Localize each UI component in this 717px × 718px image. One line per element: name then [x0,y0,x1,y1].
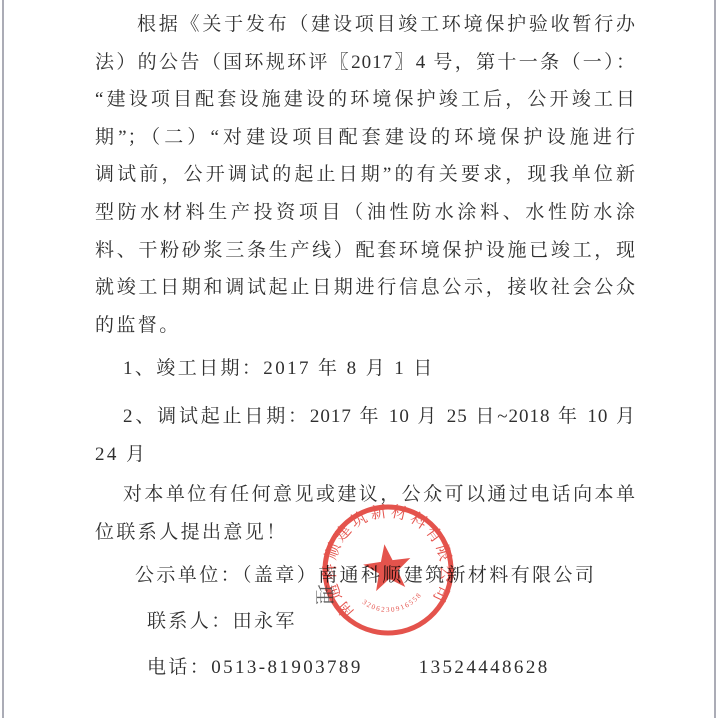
item-completion-date: 1、竣工日期：2017 年 8 月 1 日 [95,350,636,388]
page-left-edge [2,0,4,718]
document-page: 根据《关于发布（建设项目竣工环境保护验收暂行办 法）的公告（国环规环评〖2017… [0,0,717,718]
page-right-edge [714,0,716,718]
seal-serial-arc-text: 3206230916558 [360,590,426,618]
text-line: 根据《关于发布（建设项目竣工环境保护验收暂行办 [95,6,636,44]
company-seal-stamp: 南通科顺建筑新材料有限公司 3206230916558 [295,477,480,662]
text-line: 的监督。 [95,307,636,345]
text-line: 2、调试起止日期：2017 年 10 月 25 日~2018 年 10 月 [95,398,636,436]
text-line: “建设项目配套设施建设的环境保护竣工后，公开竣工日 [95,81,636,119]
text-line: 调试前，公开调试的起止日期”的有关要求，现我单位新 [95,156,636,194]
text-line: 期”；（二）“对建设项目配套建设的环境保护设施进行 [95,119,636,157]
paragraph-regulation: 根据《关于发布（建设项目竣工环境保护验收暂行办 法）的公告（国环规环评〖2017… [95,6,636,344]
text-line: 法）的公告（国环规环评〖2017〗4 号，第十一条（一）： [95,44,636,82]
text-line: 料、干粉砂浆三条生产线）配套环境保护设施已竣工，现 [95,232,636,270]
text-line: 24 月 [95,436,636,474]
text-line: 型防水材料生产投资项目（油性防水涂料、水性防水涂 [95,194,636,232]
scan-artifact-glyph: 理 [312,585,341,605]
seal-star-icon [361,541,414,592]
item-commissioning-dates: 2、调试起止日期：2017 年 10 月 25 日~2018 年 10 月 24… [95,398,636,474]
phone-number-mobile: 13524448628 [419,657,550,678]
text-line: 1、竣工日期：2017 年 8 月 1 日 [95,350,636,388]
text-line: 就竣工日期和调试起止日期进行信息公示，接收社会公众 [95,269,636,307]
